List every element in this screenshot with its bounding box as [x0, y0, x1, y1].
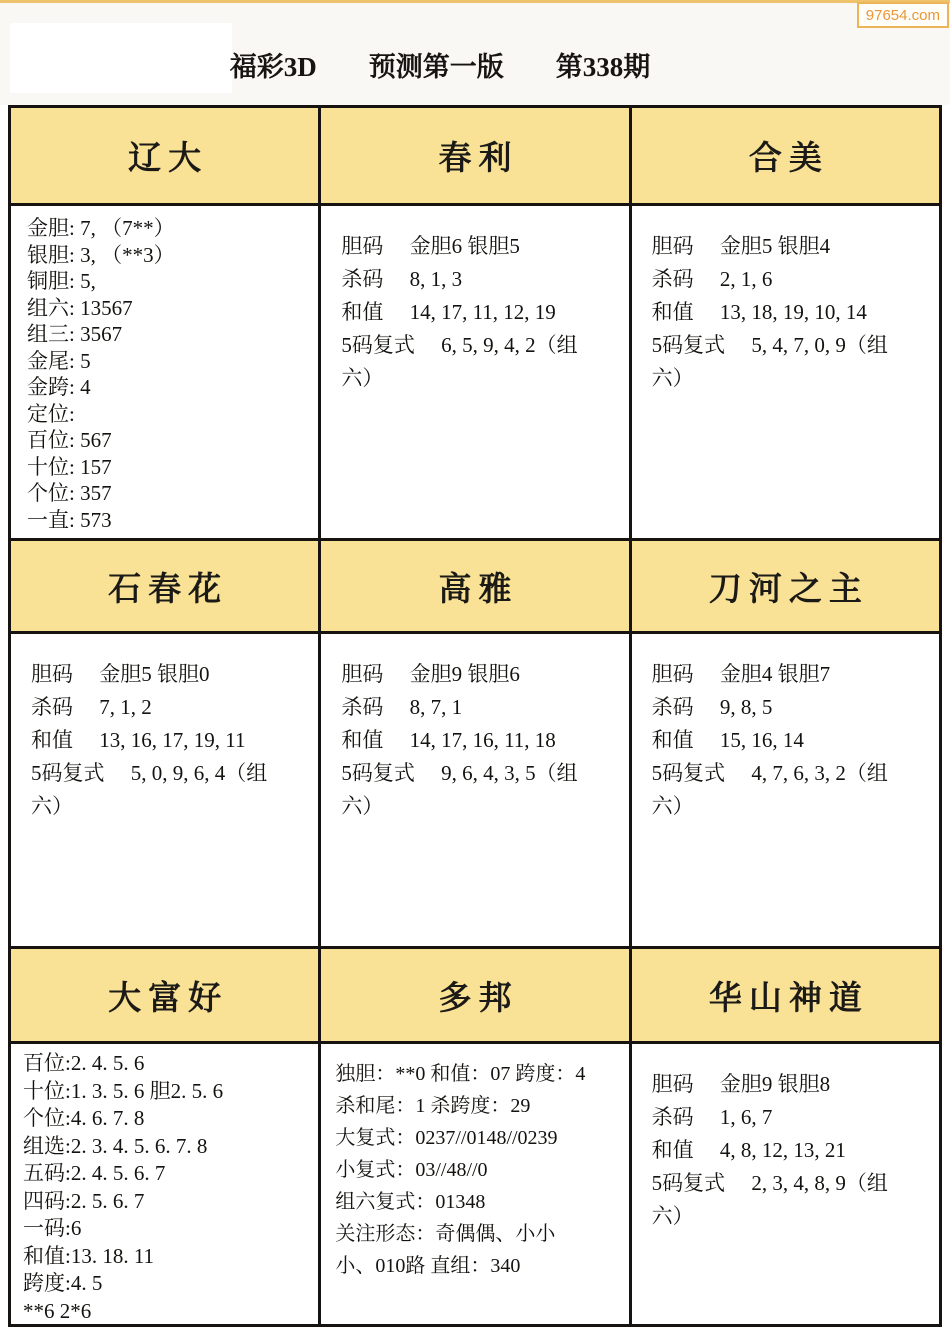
text-line: 百位:2. 4. 5. 6 — [23, 1050, 312, 1078]
panel-header-daohezhizhu: 刀河之主 — [632, 541, 939, 631]
text-line: 和值 13, 18, 19, 10, 14 — [652, 296, 931, 329]
text-line: 十位:1. 3. 5. 6 胆2. 5. 6 — [23, 1078, 312, 1106]
text-line: 和值 4, 8, 12, 13, 21 — [652, 1134, 931, 1167]
text-line: 个位: 357 — [27, 480, 308, 507]
watermark-badge: 97654.com — [857, 2, 949, 28]
text-line: 组六: 13567 — [27, 295, 308, 322]
text-line: 金跨: 4 — [27, 374, 308, 401]
text-line: 独胆：**0 和值：07 跨度：4 — [335, 1058, 624, 1090]
text-line: 胆码 金胆9 银胆6 — [341, 658, 620, 691]
text-line: 六） — [652, 790, 931, 823]
panel-title: 春利 — [431, 132, 518, 179]
masthead: 福彩3D 预测第一版 第338期 — [0, 3, 950, 105]
text-line: 六） — [341, 362, 620, 395]
panel-content-gaoya: 胆码 金胆9 银胆6杀码 8, 7, 1和值 14, 17, 16, 11, 1… — [321, 634, 628, 946]
panel-header-duobang: 多邦 — [321, 949, 628, 1041]
panel-title: 刀河之主 — [702, 563, 869, 610]
text-line: 百位: 567 — [27, 427, 308, 454]
panel-content-hemei: 胆码 金胆5 银胆4杀码 2, 1, 6和值 13, 18, 19, 10, 1… — [632, 206, 939, 538]
text-line: 胆码 金胆6 银胆5 — [341, 230, 620, 263]
panel-header-hemei: 合美 — [632, 108, 939, 203]
text-line: 胆码 金胆9 银胆8 — [652, 1068, 931, 1101]
panel-title: 大富好 — [101, 972, 228, 1019]
text-line: 六） — [652, 1200, 931, 1233]
text-line: 5码复式 5, 4, 7, 0, 9（组 — [652, 329, 931, 362]
text-line: 组选:2. 3. 4. 5. 6. 7. 8 — [23, 1133, 312, 1161]
panel-title: 多邦 — [431, 972, 518, 1019]
text-line: 定位: — [27, 401, 308, 428]
text-line: 四码:2. 5. 6. 7 — [23, 1188, 312, 1216]
panel-title: 华山神道 — [702, 972, 869, 1019]
text-line: 5码复式 5, 0, 9, 6, 4（组 — [31, 757, 310, 790]
text-line: 和值 14, 17, 11, 12, 19 — [341, 296, 620, 329]
text-line: 杀码 8, 1, 3 — [341, 263, 620, 296]
text-line: 十位: 157 — [27, 454, 308, 481]
text-line: 杀码 7, 1, 2 — [31, 691, 310, 724]
text-line: 杀码 2, 1, 6 — [652, 263, 931, 296]
text-line: 胆码 金胆5 银胆4 — [652, 230, 931, 263]
title-edition: 预测第一版 — [369, 45, 504, 84]
text-line: 个位:4. 6. 7. 8 — [23, 1105, 312, 1133]
text-line: 铜胆: 5, — [27, 268, 308, 295]
text-line: 和值 13, 16, 17, 19, 11 — [31, 724, 310, 757]
text-line: 和值 14, 17, 16, 11, 18 — [341, 724, 620, 757]
text-line: 六） — [341, 790, 620, 823]
text-line: 杀码 9, 8, 5 — [652, 691, 931, 724]
text-line: 5码复式 2, 3, 4, 8, 9（组 — [652, 1167, 931, 1200]
panel-title: 辽大 — [121, 132, 208, 179]
panel-content-chunli: 胆码 金胆6 银胆5杀码 8, 1, 3和值 14, 17, 11, 12, 1… — [321, 206, 628, 538]
text-line: 小、010路 直组：340 — [335, 1250, 624, 1282]
panel-header-liaoda: 辽大 — [11, 108, 318, 203]
panel-title: 石春花 — [101, 563, 228, 610]
prediction-table: 辽大 春利 合美 金胆: 7, （7**）银胆: 3, （**3）铜胆: 5,组… — [8, 105, 942, 1327]
page: 福彩3D 预测第一版 第338期 97654.com 辽大 春利 合美 金胆: … — [0, 0, 950, 1343]
text-line: 和值:13. 18. 11 — [23, 1243, 312, 1271]
panel-content-liaoda: 金胆: 7, （7**）银胆: 3, （**3）铜胆: 5,组六: 13567组… — [11, 206, 318, 538]
panel-header-shichunhua: 石春花 — [11, 541, 318, 631]
panel-header-dafuhao: 大富好 — [11, 949, 318, 1041]
panel-title: 高雅 — [431, 563, 518, 610]
text-line: 六） — [652, 362, 931, 395]
text-line: 和值 15, 16, 14 — [652, 724, 931, 757]
text-line: 胆码 金胆5 银胆0 — [31, 658, 310, 691]
panel-header-chunli: 春利 — [321, 108, 628, 203]
panel-content-daohezhizhu: 胆码 金胆4 银胆7杀码 9, 8, 5和值 15, 16, 145码复式 4,… — [632, 634, 939, 946]
text-line: 5码复式 4, 7, 6, 3, 2（组 — [652, 757, 931, 790]
text-line: 组六复式：01348 — [335, 1186, 624, 1218]
text-line: 六） — [31, 790, 310, 823]
text-line: 杀码 8, 7, 1 — [341, 691, 620, 724]
text-line: 关注形态：奇偶偶、小小 — [335, 1218, 624, 1250]
text-line: 一码:6 — [23, 1215, 312, 1243]
text-line: 杀码 1, 6, 7 — [652, 1101, 931, 1134]
panel-content-huashanshendao: 胆码 金胆9 银胆8杀码 1, 6, 7和值 4, 8, 12, 13, 215… — [632, 1044, 939, 1324]
text-line: **6 2*6 — [23, 1298, 312, 1325]
text-line: 五码:2. 4. 5. 6. 7 — [23, 1160, 312, 1188]
panel-content-shichunhua: 胆码 金胆5 银胆0杀码 7, 1, 2和值 13, 16, 17, 19, 1… — [11, 634, 318, 946]
text-line: 银胆: 3, （**3） — [27, 242, 308, 269]
page-title: 福彩3D 预测第一版 第338期 — [0, 45, 915, 84]
text-line: 组三: 3567 — [27, 321, 308, 348]
panel-content-dafuhao: 百位:2. 4. 5. 6十位:1. 3. 5. 6 胆2. 5. 6个位:4.… — [11, 1044, 318, 1324]
text-line: 5码复式 9, 6, 4, 3, 5（组 — [341, 757, 620, 790]
text-line: 杀和尾：1 杀跨度：29 — [335, 1090, 624, 1122]
text-line: 大复式：0237//0148//0239 — [335, 1122, 624, 1154]
panel-header-huashanshendao: 华山神道 — [632, 949, 939, 1041]
title-issue: 第338期 — [556, 45, 651, 84]
text-line: 金尾: 5 — [27, 348, 308, 375]
text-line: 跨度:4. 5 — [23, 1270, 312, 1298]
text-line: 胆码 金胆4 银胆7 — [652, 658, 931, 691]
text-line: 小复式：03//48//0 — [335, 1154, 624, 1186]
title-brand: 福彩3D — [230, 45, 317, 84]
panel-content-duobang: 独胆：**0 和值：07 跨度：4杀和尾：1 杀跨度：29大复式：0237//0… — [321, 1044, 628, 1324]
panel-header-gaoya: 高雅 — [321, 541, 628, 631]
text-line: 一直: 573 — [27, 507, 308, 534]
text-line: 金胆: 7, （7**） — [27, 215, 308, 242]
text-line: 5码复式 6, 5, 9, 4, 2（组 — [341, 329, 620, 362]
panel-title: 合美 — [742, 132, 829, 179]
